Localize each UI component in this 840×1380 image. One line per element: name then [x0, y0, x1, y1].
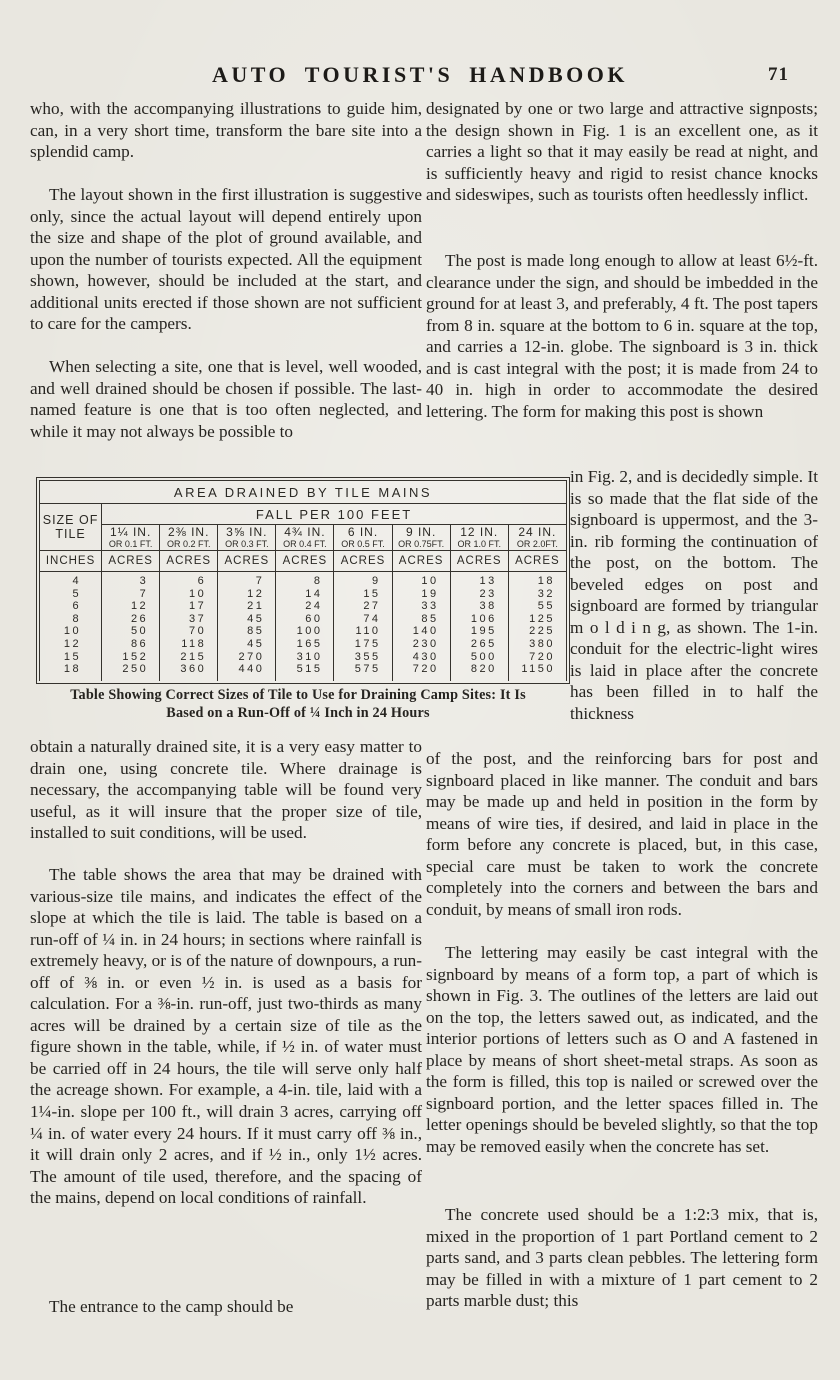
acres-cell: 195: [450, 625, 508, 638]
tile-size-header: 24 IN.OR 2.0FT.: [508, 525, 566, 551]
acres-cell: 100: [276, 625, 334, 638]
tile-size-cell: 8: [40, 613, 102, 626]
acres-cell: 215: [160, 651, 218, 664]
left-paragraph-2: The layout shown in the first illustrati…: [30, 184, 422, 335]
left-paragraph-5: The table shows the area that may be dra…: [30, 864, 422, 1209]
acres-cell: 23: [450, 588, 508, 601]
right-paragraph-3: of the post, and the reinforcing bars fo…: [426, 748, 818, 920]
acres-cell: 270: [218, 651, 276, 664]
acres-cell: 140: [392, 625, 450, 638]
acres-cell: 265: [450, 638, 508, 651]
unit-row: INCHESACRESACRESACRESACRESACRESACRESACRE…: [40, 551, 567, 572]
right-paragraph-5: The concrete used should be a 1:2:3 mix,…: [426, 1204, 818, 1312]
right-paragraph-2: The post is made long enough to allow at…: [426, 250, 818, 422]
acres-cell: 86: [102, 638, 160, 651]
right-paragraph-2-narrow: in Fig. 2, and is decidedly simple. It i…: [570, 466, 818, 725]
acres-cell: 575: [334, 663, 392, 681]
book-page: AUTO TOURIST'S HANDBOOK 71 who, with the…: [0, 0, 840, 1380]
acres-cell: 7: [218, 572, 276, 588]
acres-cell: 60: [276, 613, 334, 626]
right-paragraph-4: The lettering may easily be cast integra…: [426, 942, 818, 1157]
acres-cell: 515: [276, 663, 334, 681]
table-row: 436789101318: [40, 572, 567, 588]
tile-size-header: 2⅜ IN.OR 0.2 FT.: [160, 525, 218, 551]
acres-cell: 38: [450, 600, 508, 613]
acres-cell: 45: [218, 638, 276, 651]
acres-cell: 310: [276, 651, 334, 664]
acres-cell: 820: [450, 663, 508, 681]
tile-size-header: 12 IN.OR 1.0 FT.: [450, 525, 508, 551]
table-row: 128611845165175230265380: [40, 638, 567, 651]
table-row: 8263745607485106125: [40, 613, 567, 626]
left-paragraph-3: When selecting a site, one that is level…: [30, 356, 422, 442]
acres-cell: 1150: [508, 663, 566, 681]
page-title: AUTO TOURIST'S HANDBOOK: [0, 62, 840, 88]
tile-size-header: 4¾ IN.OR 0.4 FT.: [276, 525, 334, 551]
table-row: 10507085100110140195225: [40, 625, 567, 638]
acres-cell: 74: [334, 613, 392, 626]
table-row: 182503604405155757208201150: [40, 663, 567, 681]
acres-cell: 720: [508, 651, 566, 664]
acres-cell: 230: [392, 638, 450, 651]
unit-header: ACRES: [218, 551, 276, 572]
caption-line-2: Based on a Run-Off of ¼ Inch in 24 Hours: [30, 705, 566, 723]
table-title: AREA DRAINED BY TILE MAINS: [40, 481, 567, 504]
acres-cell: 440: [218, 663, 276, 681]
acres-cell: 3: [102, 572, 160, 588]
size-of-tile-header: SIZE OF TILE: [40, 504, 102, 551]
unit-header: INCHES: [40, 551, 102, 572]
acres-cell: 7: [102, 588, 160, 601]
left-paragraph-6: The entrance to the camp should be: [30, 1296, 422, 1318]
table-row: 61217212427333855: [40, 600, 567, 613]
acres-cell: 225: [508, 625, 566, 638]
unit-header: ACRES: [276, 551, 334, 572]
acres-cell: 8: [276, 572, 334, 588]
left-paragraph-1: who, with the accompanying illustrations…: [30, 98, 422, 163]
acres-cell: 18: [508, 572, 566, 588]
drainage-table: AREA DRAINED BY TILE MAINS SIZE OF TILE …: [39, 480, 567, 681]
acres-cell: 14: [276, 588, 334, 601]
acres-cell: 50: [102, 625, 160, 638]
acres-cell: 24: [276, 600, 334, 613]
acres-cell: 250: [102, 663, 160, 681]
acres-cell: 55: [508, 600, 566, 613]
tile-size-cell: 6: [40, 600, 102, 613]
acres-cell: 175: [334, 638, 392, 651]
acres-cell: 13: [450, 572, 508, 588]
acres-cell: 26: [102, 613, 160, 626]
caption-line-1: Table Showing Correct Sizes of Tile to U…: [30, 687, 566, 705]
unit-header: ACRES: [450, 551, 508, 572]
drainage-table-section: AREA DRAINED BY TILE MAINS SIZE OF TILE …: [36, 477, 570, 684]
acres-cell: 10: [392, 572, 450, 588]
acres-cell: 380: [508, 638, 566, 651]
tile-size-cell: 10: [40, 625, 102, 638]
acres-cell: 355: [334, 651, 392, 664]
acres-cell: 152: [102, 651, 160, 664]
acres-cell: 6: [160, 572, 218, 588]
left-paragraph-4: obtain a naturally drained site, it is a…: [30, 736, 422, 844]
acres-cell: 720: [392, 663, 450, 681]
unit-header: ACRES: [102, 551, 160, 572]
tile-size-header: 3⅝ IN.OR 0.3 FT.: [218, 525, 276, 551]
acres-cell: 110: [334, 625, 392, 638]
acres-cell: 19: [392, 588, 450, 601]
table-row: 5710121415192332: [40, 588, 567, 601]
acres-cell: 85: [392, 613, 450, 626]
tile-size-header: 1¼ IN.OR 0.1 FT.: [102, 525, 160, 551]
tile-size-cell: 18: [40, 663, 102, 681]
right-paragraph-1: designated by one or two large and attra…: [426, 98, 818, 206]
acres-cell: 32: [508, 588, 566, 601]
acres-cell: 118: [160, 638, 218, 651]
acres-cell: 430: [392, 651, 450, 664]
tile-size-cell: 12: [40, 638, 102, 651]
acres-cell: 17: [160, 600, 218, 613]
acres-cell: 9: [334, 572, 392, 588]
unit-header: ACRES: [392, 551, 450, 572]
tile-size-header: 9 IN.OR 0.75FT.: [392, 525, 450, 551]
acres-cell: 70: [160, 625, 218, 638]
acres-cell: 165: [276, 638, 334, 651]
acres-cell: 21: [218, 600, 276, 613]
acres-cell: 12: [218, 588, 276, 601]
acres-cell: 37: [160, 613, 218, 626]
fall-per-100-feet-header: FALL PER 100 FEET: [102, 504, 567, 525]
acres-cell: 33: [392, 600, 450, 613]
acres-cell: 360: [160, 663, 218, 681]
acres-cell: 500: [450, 651, 508, 664]
table-caption: Table Showing Correct Sizes of Tile to U…: [30, 687, 566, 722]
page-number: 71: [768, 64, 789, 86]
unit-header: ACRES: [508, 551, 566, 572]
unit-header: ACRES: [160, 551, 218, 572]
acres-cell: 10: [160, 588, 218, 601]
acres-cell: 85: [218, 625, 276, 638]
table-row: 15152215270310355430500720: [40, 651, 567, 664]
tile-size-header-row: 1¼ IN.OR 0.1 FT.2⅜ IN.OR 0.2 FT.3⅝ IN.OR…: [40, 525, 567, 551]
tile-size-cell: 5: [40, 588, 102, 601]
table-body: 4367891013185710121415192332612172124273…: [40, 572, 567, 681]
tile-size-cell: 4: [40, 572, 102, 588]
acres-cell: 15: [334, 588, 392, 601]
acres-cell: 125: [508, 613, 566, 626]
acres-cell: 45: [218, 613, 276, 626]
acres-cell: 12: [102, 600, 160, 613]
tile-size-cell: 15: [40, 651, 102, 664]
tile-size-header: 6 IN.OR 0.5 FT.: [334, 525, 392, 551]
acres-cell: 27: [334, 600, 392, 613]
unit-header: ACRES: [334, 551, 392, 572]
acres-cell: 106: [450, 613, 508, 626]
